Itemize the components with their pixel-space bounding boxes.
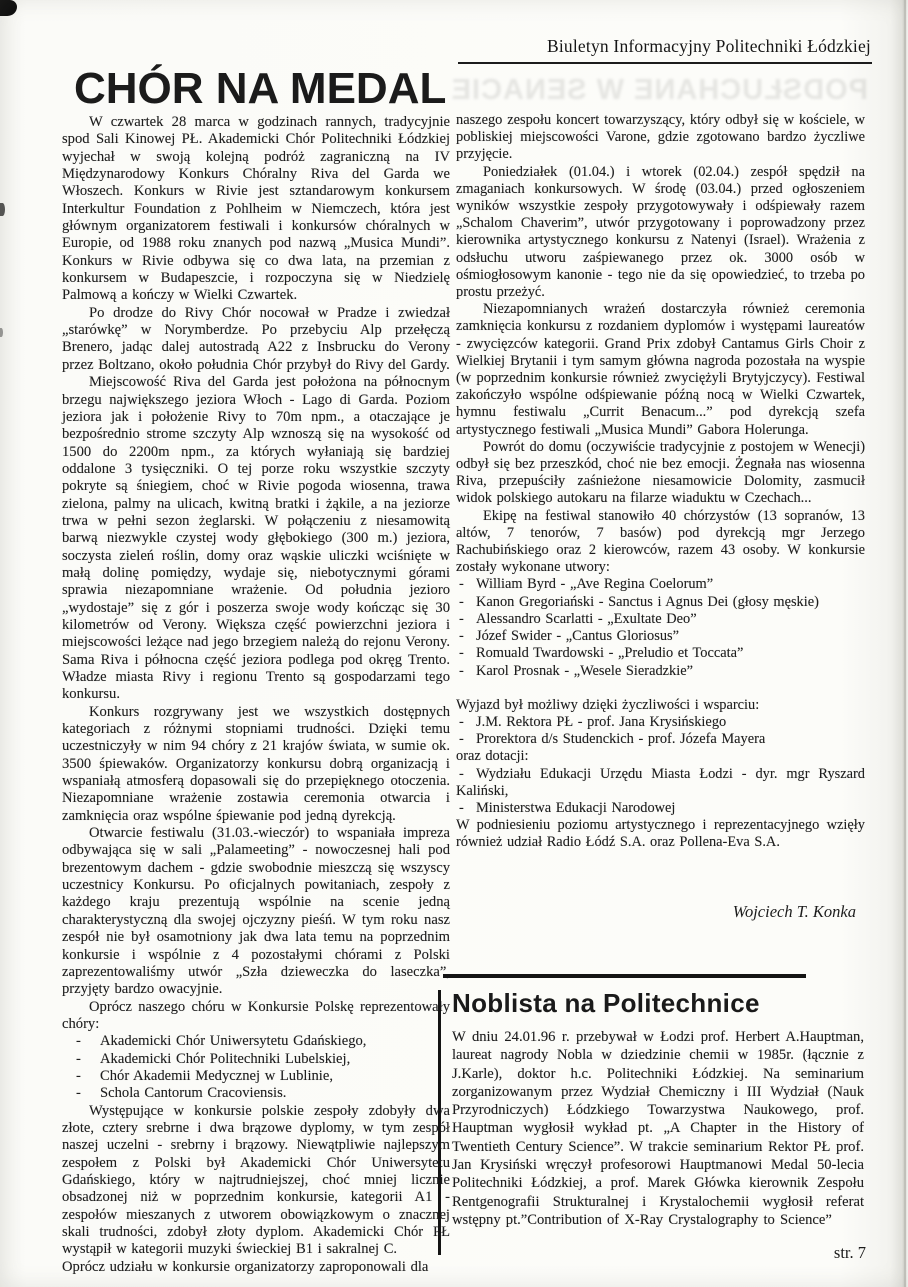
list-dash: - — [459, 611, 476, 628]
paragraph: Oprócz udziału w konkursie organizatorzy… — [62, 1259, 450, 1276]
list-item-text: Ministerstwa Edukacji Narodowej — [476, 800, 675, 816]
list-item-text: Akademicki Chór Politechniki Lubelskiej, — [100, 1051, 350, 1067]
list-dash: - — [459, 731, 476, 748]
list-item: -Romuald Twardowski - „Preludio et Tocca… — [456, 645, 865, 662]
right-column: naszego zespołu koncert towarzyszący, kt… — [456, 112, 865, 852]
scanned-bulletin-page: Biuletyn Informacyjny Politechniki Łódzk… — [0, 0, 908, 1287]
list-item-text: Romuald Twardowski - „Preludio et Toccat… — [476, 645, 743, 661]
article-title-chor-na-medal: CHÓR NA MEDAL — [74, 64, 446, 114]
left-column: W czwartek 28 marca w godzinach rannych,… — [62, 114, 450, 1276]
bleed-through-ghost-headline: PODSŁUCHANE W SENACIE — [462, 74, 868, 107]
scan-blob-top-left — [0, 0, 17, 16]
list-item: -Alessandro Scarlatti - „Exultate Deo” — [456, 611, 865, 628]
list-dash: - — [459, 645, 476, 662]
paragraph: Miejscowość Riva del Garda jest położona… — [62, 374, 450, 704]
performed-works-list: -William Byrd - „Ave Regina Coelorum” -K… — [456, 576, 865, 679]
list-item-text: Wydziału Edukacji Urzędu Miasta Łodzi - … — [456, 766, 865, 799]
list-item-text: Karol Prosnak - „Wesele Sieradzkie” — [476, 663, 693, 679]
paragraph: Powrót do domu (oczywiście tradycyjnie z… — [456, 439, 865, 508]
list-item-text: Kanon Gregoriański - Sanctus i Agnus Dei… — [476, 594, 819, 610]
list-dash: - — [459, 594, 476, 611]
list-item: -Schola Cantorum Cracoviensis. — [62, 1085, 450, 1102]
scan-mark-left-2 — [0, 328, 3, 337]
page-number: str. 7 — [834, 1243, 866, 1263]
list-dash: - — [459, 663, 476, 680]
paragraph: Ekipę na festiwal stanowiło 40 chórzystó… — [456, 508, 865, 577]
list-item-text: Akademicki Chór Uniwersytetu Gdańskiego, — [100, 1033, 366, 1049]
paragraph: naszego zespołu koncert towarzyszący, kt… — [456, 112, 865, 164]
paragraph: W czwartek 28 marca w godzinach rannych,… — [62, 114, 450, 305]
paragraph: W podniesieniu poziomu artystycznego i r… — [456, 817, 865, 851]
list-dash: - — [76, 1068, 100, 1085]
paragraph: Po drodze do Rivy Chór nocował w Pradze … — [62, 305, 450, 374]
list-item: -Akademicki Chór Uniwersytetu Gdańskiego… — [62, 1033, 450, 1050]
supporters-list: -J.M. Rektora PŁ - prof. Jana Krysińskie… — [456, 714, 865, 748]
list-item-text: Schola Cantorum Cracoviensis. — [100, 1085, 286, 1101]
list-item-text: Prorektora d/s Studenckich - prof. Józef… — [476, 731, 765, 747]
list-dash: - — [459, 628, 476, 645]
paragraph: W dniu 24.01.96 r. przebywał w Łodzi pro… — [452, 1028, 864, 1229]
list-item: -Akademicki Chór Politechniki Lubelskiej… — [62, 1051, 450, 1068]
paragraph: Konkurs rozgrywany jest we wszystkich do… — [62, 704, 450, 825]
list-item-text: Józef Swider - „Cantus Gloriosus” — [476, 628, 679, 644]
list-dash: - — [459, 766, 476, 783]
list-item: -Karol Prosnak - „Wesele Sieradzkie” — [456, 663, 865, 680]
scan-mark-left — [0, 203, 5, 216]
masthead-title: Biuletyn Informacyjny Politechniki Łódzk… — [547, 36, 871, 57]
list-item-text: William Byrd - „Ave Regina Coelorum” — [476, 576, 713, 592]
paragraph: Występujące w konkursie polskie zespoły … — [62, 1103, 450, 1259]
polish-choirs-list: -Akademicki Chór Uniwersytetu Gdańskiego… — [62, 1033, 450, 1102]
list-item-text: Alessandro Scarlatti - „Exultate Deo” — [476, 611, 697, 627]
article-title-noblista: Noblista na Politechnice — [452, 988, 864, 1019]
list-item: -William Byrd - „Ave Regina Coelorum” — [456, 576, 865, 593]
list-dash: - — [76, 1033, 100, 1050]
list-item: -J.M. Rektora PŁ - prof. Jana Krysińskie… — [456, 714, 865, 731]
list-item: -Kanon Gregoriański - Sanctus i Agnus De… — [456, 594, 865, 611]
grants-list: -Wydziału Edukacji Urzędu Miasta Łodzi -… — [456, 766, 865, 818]
masthead-rule — [458, 62, 872, 64]
paper-edge-shadow — [904, 0, 906, 1287]
list-item-text: J.M. Rektora PŁ - prof. Jana Krysińskieg… — [476, 714, 726, 730]
list-item: -Chór Akademii Medycznej w Lublinie, — [62, 1068, 450, 1085]
paragraph: Poniedziałek (01.04.) i wtorek (02.04.) … — [456, 164, 865, 302]
article-noblista: Noblista na Politechnice W dniu 24.01.96… — [452, 988, 864, 1229]
list-item-text: Chór Akademii Medycznej w Lublinie, — [100, 1068, 333, 1084]
paragraph: oraz dotacji: — [456, 748, 865, 765]
list-dash: - — [459, 576, 476, 593]
paragraph: Wyjazd był możliwy dzięki życzliwości i … — [456, 697, 865, 714]
list-item: -Prorektora d/s Studenckich - prof. Józe… — [456, 731, 865, 748]
article-separator-rule — [443, 974, 806, 978]
list-dash: - — [76, 1085, 100, 1102]
column-divider-rule — [438, 990, 441, 1255]
list-dash: - — [76, 1051, 100, 1068]
list-item: -Józef Swider - „Cantus Gloriosus” — [456, 628, 865, 645]
paragraph: Oprócz naszego chóru w Konkursie Polskę … — [62, 999, 450, 1034]
paragraph: Niezapomnianych wrażeń dostarczyła równi… — [456, 301, 865, 439]
list-dash: - — [459, 714, 476, 731]
list-dash: - — [459, 800, 476, 817]
list-item: -Ministerstwa Edukacji Narodowej — [456, 800, 865, 817]
list-item: -Wydziału Edukacji Urzędu Miasta Łodzi -… — [456, 766, 865, 800]
paragraph: Otwarcie festiwalu (31.03.-wieczór) to w… — [62, 825, 450, 998]
author-byline: Wojciech T. Konka — [456, 902, 856, 922]
